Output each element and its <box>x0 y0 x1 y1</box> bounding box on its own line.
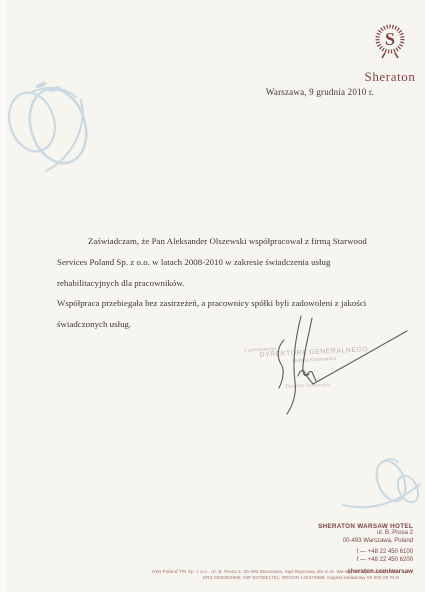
sheraton-wreath-icon: S <box>372 22 408 62</box>
flourish-bottom-right-icon <box>333 452 425 522</box>
flourish-top-left-icon <box>2 78 107 178</box>
brand-wordmark: Sheraton <box>352 69 425 85</box>
scanned-letter-page: S Sheraton Warszawa, 9 grudnia 2010 r. Z… <box>0 0 425 592</box>
signature-icon <box>265 308 415 420</box>
sheraton-logo: S Sheraton <box>352 22 425 85</box>
body-line: Services Poland Sp. z o.o. w latach 2008… <box>57 252 409 273</box>
body-line: Zaświadczam, że Pan Aleksander Olszewski… <box>57 231 409 252</box>
address-line-2: 00-493 Warszawa, Poland <box>318 538 413 545</box>
hotel-name: SHERATON WARSAW HOTEL <box>318 523 413 530</box>
body-line: rehabilitacyjnych dla pracowników. <box>57 273 409 294</box>
legal-line-2: KRS 0000052996; NIP 5270501751; REGON 14… <box>152 575 399 581</box>
logo-monogram: S <box>385 29 395 49</box>
phone-line: t — +48 22 450 6100 <box>318 549 413 556</box>
date-line: Warszawa, 9 grudnia 2010 r. <box>240 87 400 97</box>
address-line-1: ul. B. Prusa 2 <box>318 530 413 537</box>
fax-line: f — +48 22 450 6200 <box>318 557 413 564</box>
legal-line-1: HWI Poland TRI Sp. z o.o., Ul. B. Prusa … <box>152 569 399 575</box>
legal-print: HWI Poland TRI Sp. z o.o., Ul. B. Prusa … <box>152 569 399 581</box>
footer-contact-block: SHERATON WARSAW HOTEL ul. B. Prusa 2 00-… <box>318 523 413 575</box>
